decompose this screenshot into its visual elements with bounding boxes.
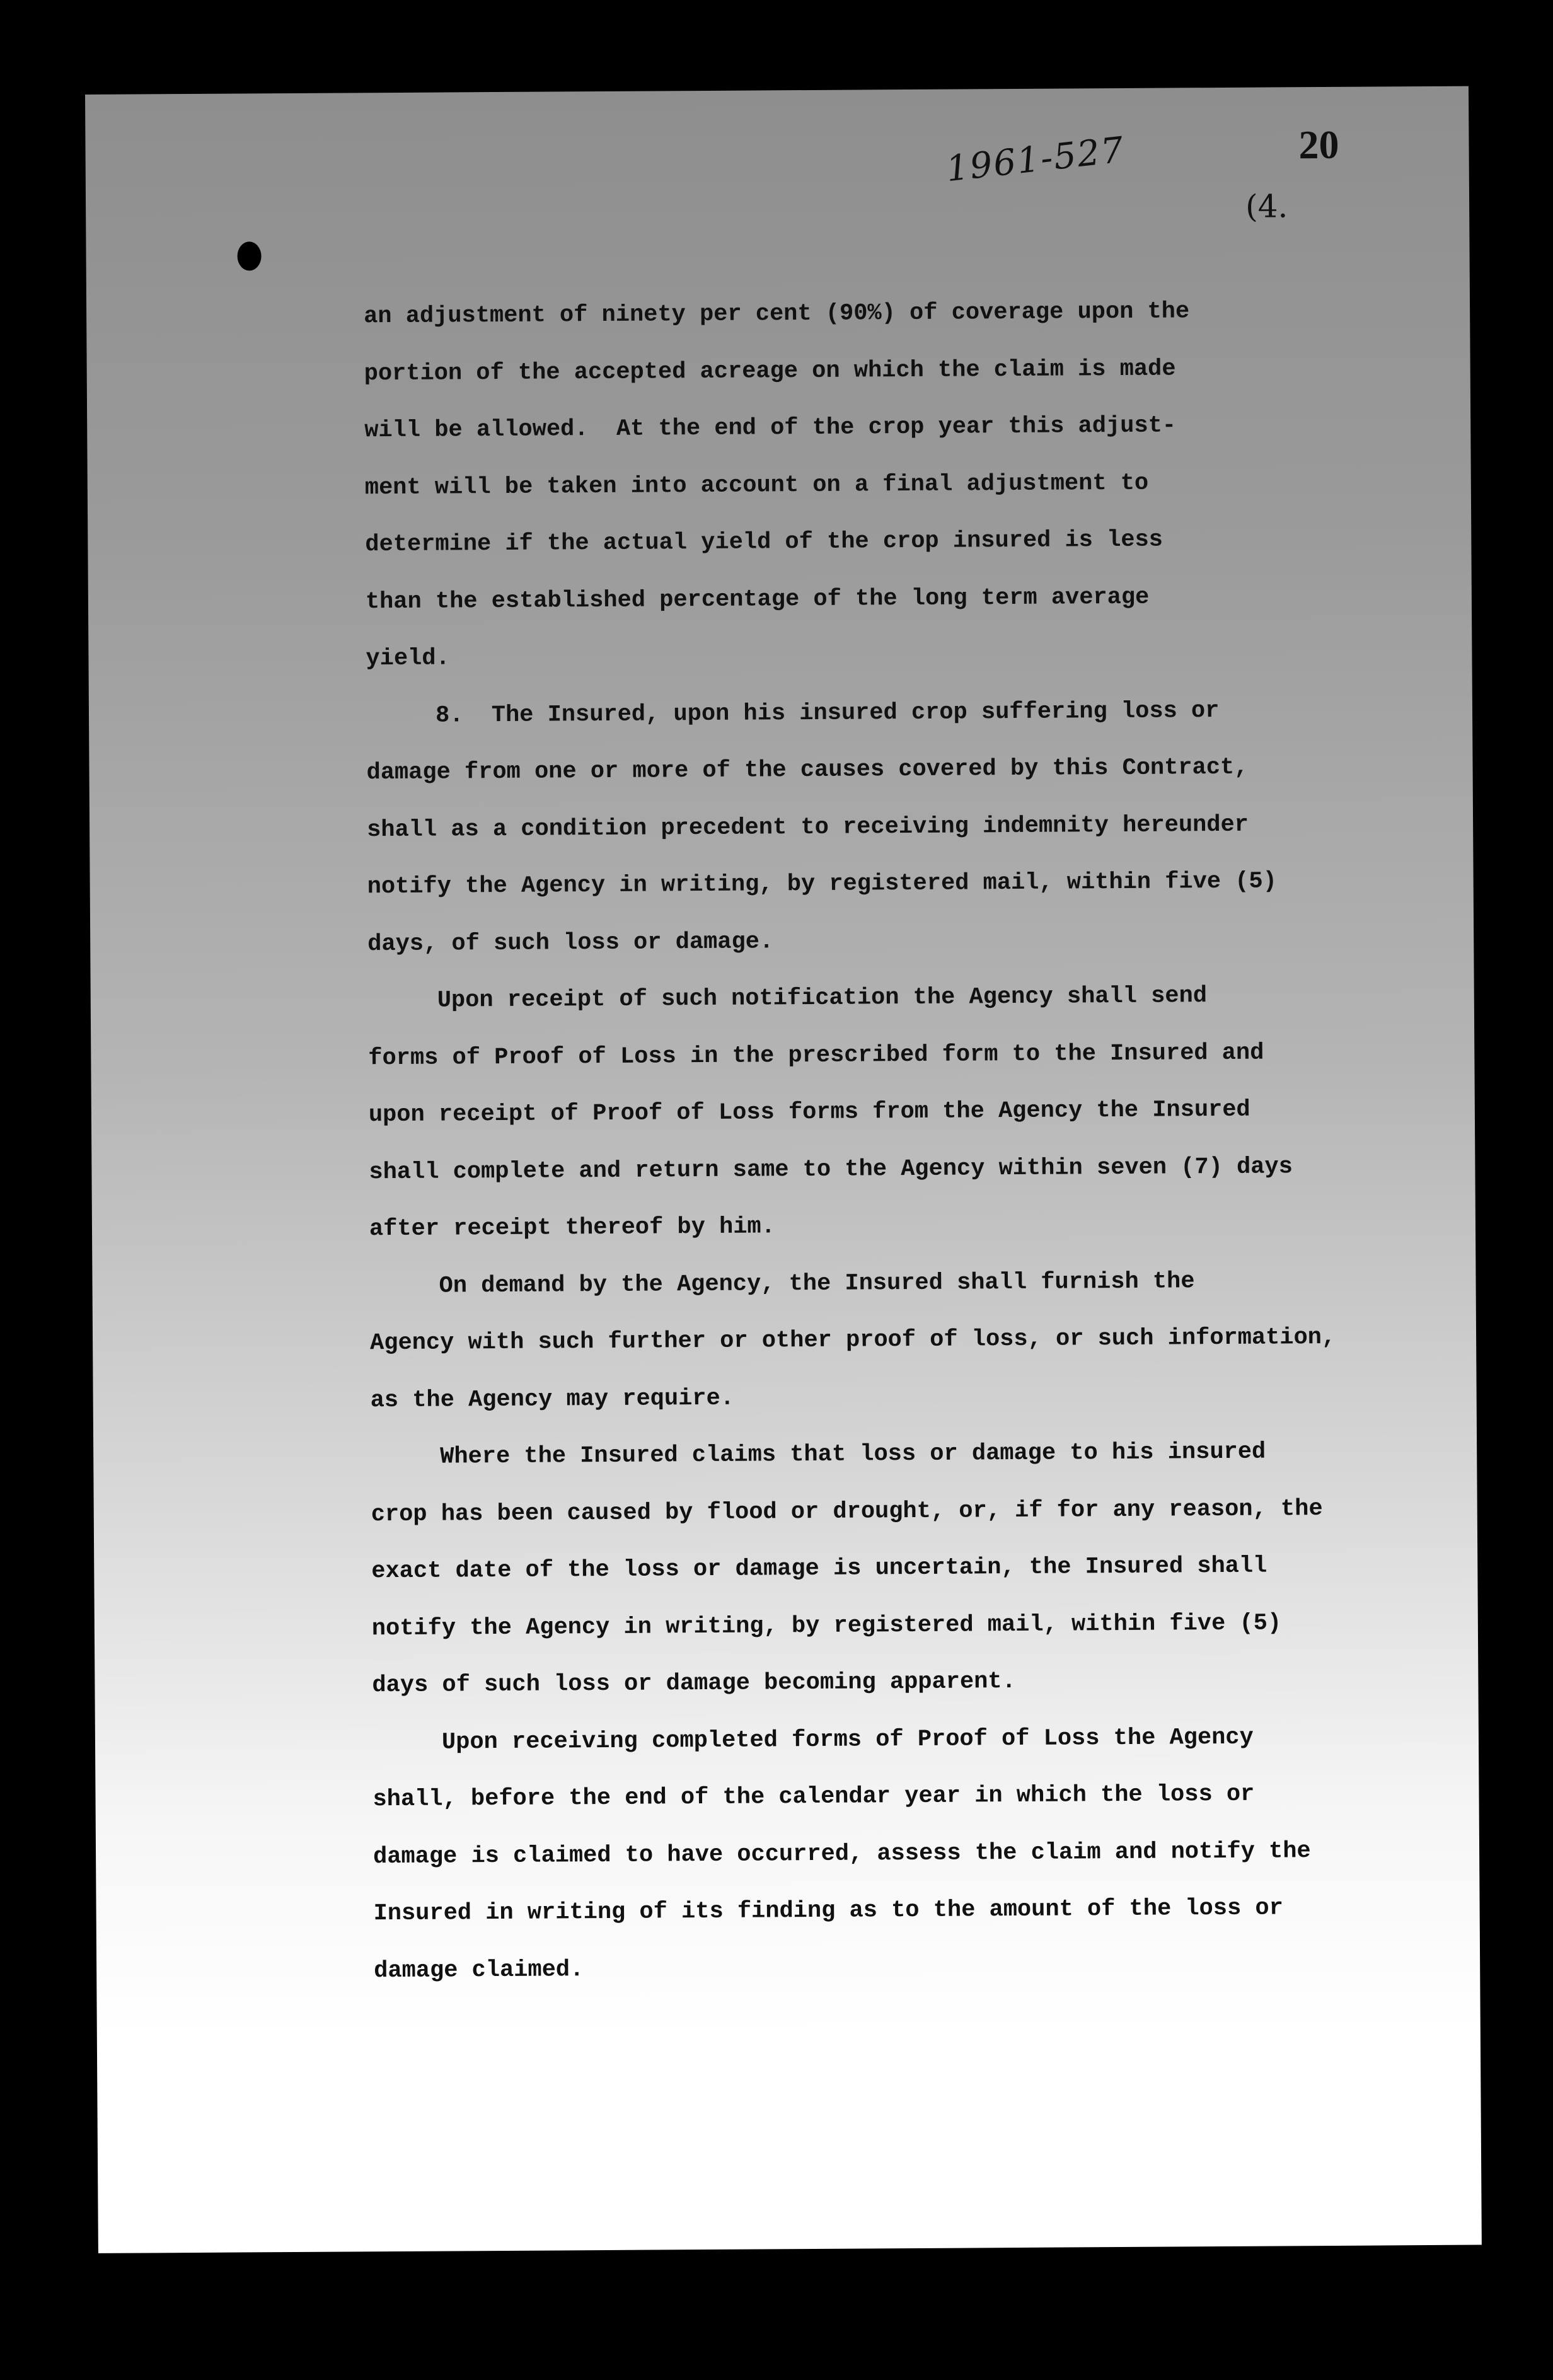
text-line: as the Agency may require. [370,1366,1379,1429]
text-line: upon receipt of Proof of Loss forms from… [369,1081,1378,1144]
text-line: portion of the accepted acreage on which… [364,339,1373,402]
text-line: days of such loss or damage becoming app… [372,1651,1381,1714]
text-line: Agency with such further or other proof … [370,1309,1379,1372]
text-line: 8. The Insured, upon his insured crop su… [366,681,1375,744]
text-line: damage is claimed to have occurred, asse… [373,1822,1382,1885]
text-line: forms of Proof of Loss in the prescribed… [368,1024,1377,1087]
text-line: an adjustment of ninety per cent (90%) o… [364,282,1373,345]
text-line: Insured in writing of its finding as to … [373,1879,1382,1942]
paragraph-flood-drought: Where the Insured claims that loss or da… [371,1423,1381,1714]
paragraph-section-8: 8. The Insured, upon his insured crop su… [366,681,1377,973]
text-line: damage from one or more of the causes co… [366,739,1375,802]
text-line: Upon receipt of such notification the Ag… [368,967,1377,1030]
text-line: days, of such loss or damage. [367,910,1377,973]
text-line: shall complete and return same to the Ag… [369,1138,1378,1201]
text-line: crop has been caused by flood or drought… [371,1480,1380,1543]
paragraph-on-demand: On demand by the Agency, the Insured sha… [369,1252,1379,1429]
text-line: shall, before the end of the calendar ye… [372,1765,1382,1828]
handwritten-reference: 1961-527 [944,129,1127,190]
paragraph-proof-of-loss: Upon receipt of such notification the Ag… [368,967,1378,1258]
text-line: exact date of the loss or damage is unce… [371,1537,1380,1600]
text-line: damage claimed. [374,1936,1383,1999]
paragraph-adjustment: an adjustment of ninety per cent (90%) o… [364,282,1375,688]
text-line: yield. [366,625,1375,688]
text-line: notify the Agency in writing, by registe… [367,853,1376,916]
text-line: than the established percentage of the l… [366,567,1375,630]
page-number: 20 [1298,122,1339,168]
document-body: an adjustment of ninety per cent (90%) o… [364,282,1383,2000]
text-line: after receipt thereof by him. [369,1195,1378,1258]
text-line: ment will be taken into account on a fin… [365,453,1374,516]
text-line: determine if the actual yield of the cro… [365,511,1374,574]
text-line: Where the Insured claims that loss or da… [371,1423,1380,1486]
sub-page-number: (4. [1245,188,1288,224]
text-line: shall as a condition precedent to receiv… [367,795,1376,858]
text-line: On demand by the Agency, the Insured sha… [369,1252,1378,1315]
paragraph-assessment: Upon receiving completed forms of Proof … [372,1708,1383,1999]
text-line: notify the Agency in writing, by registe… [372,1594,1381,1657]
text-line: Upon receiving completed forms of Proof … [372,1708,1382,1771]
scanned-page: 1961-527 20 (4. an adjustment of ninety … [85,86,1482,2253]
text-line: will be allowed. At the end of the crop … [364,396,1373,459]
punch-hole [237,241,261,270]
